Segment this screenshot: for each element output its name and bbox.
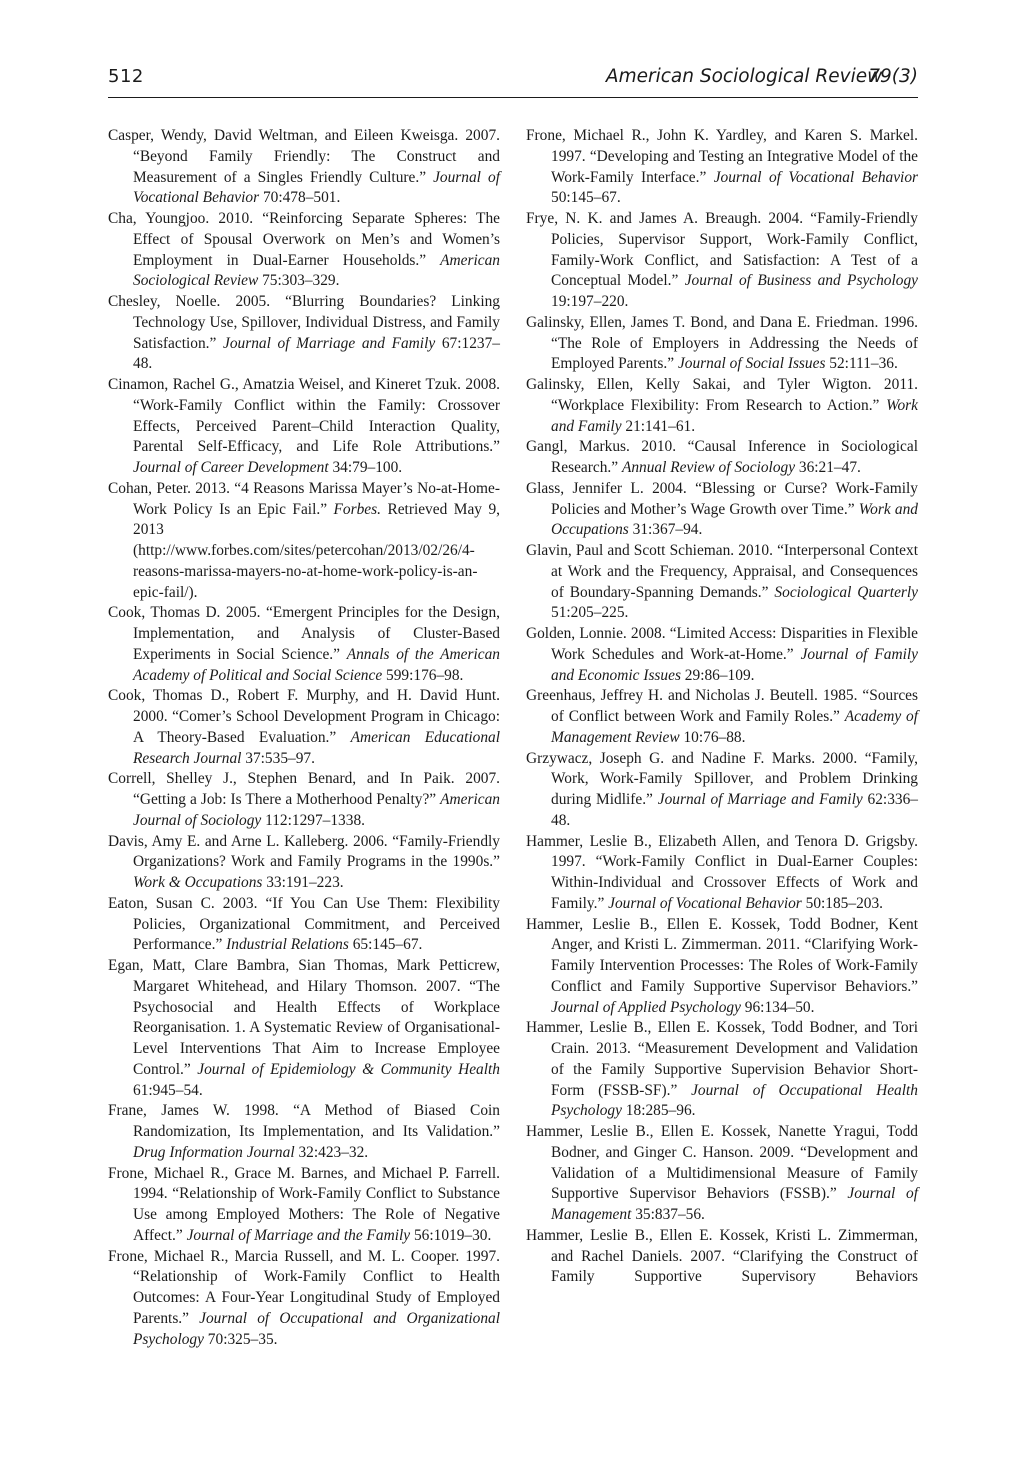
reference-entry: Hammer, Leslie B., Ellen E. Kossek, Todd… xyxy=(526,915,918,1019)
reference-text: 96:134–50. xyxy=(741,999,815,1016)
ref-column-right: Frone, Michael R., John K. Yardley, and … xyxy=(526,126,918,1350)
reference-text: Egan, Matt, Clare Bambra, Sian Thomas, M… xyxy=(108,957,500,1078)
reference-text: 61:945–54. xyxy=(133,1082,203,1099)
reference-text: 50:185–203. xyxy=(802,895,883,912)
reference-entry: Gangl, Markus. 2010. “Causal Inference i… xyxy=(526,437,918,479)
journal-title-italic: Industrial Relations xyxy=(226,936,349,953)
issue-number: 79(3) xyxy=(868,66,918,87)
reference-entry: Egan, Matt, Clare Bambra, Sian Thomas, M… xyxy=(108,956,500,1101)
header-rule xyxy=(108,97,918,98)
journal-title-italic: Annual Review of Sociology xyxy=(622,459,795,476)
reference-text: 21:141–61. xyxy=(622,418,696,435)
reference-text: 51:205–225. xyxy=(551,604,628,621)
reference-entry: Frone, Michael R., John K. Yardley, and … xyxy=(526,126,918,209)
reference-text: Davis, Amy E. and Arne L. Kalleberg. 200… xyxy=(108,833,500,871)
reference-text: 31:367–94. xyxy=(629,521,703,538)
reference-text: 10:76–88. xyxy=(680,729,746,746)
reference-text: 599:176–98. xyxy=(382,667,463,684)
reference-text: 75:303–329. xyxy=(258,272,339,289)
reference-entry: Glass, Jennifer L. 2004. “Blessing or Cu… xyxy=(526,479,918,541)
page-header: 512 American Sociological Review79(3) xyxy=(108,66,918,87)
reference-entry: Galinsky, Ellen, Kelly Sakai, and Tyler … xyxy=(526,375,918,437)
journal-title-italic: Journal of Marriage and Family xyxy=(223,335,435,352)
journal-title-italic: Journal of Vocational Behavior xyxy=(714,169,918,186)
reference-text: Frane, James W. 1998. “A Method of Biase… xyxy=(108,1102,500,1140)
reference-entry: Frone, Michael R., Grace M. Barnes, and … xyxy=(108,1164,500,1247)
journal-title-italic: Journal of Career Development xyxy=(133,459,329,476)
reference-entry: Hammer, Leslie B., Elizabeth Allen, and … xyxy=(526,832,918,915)
references-section: Casper, Wendy, David Weltman, and Eileen… xyxy=(108,126,918,1350)
reference-text: Cinamon, Rachel G., Amatzia Weisel, and … xyxy=(108,376,500,455)
reference-entry: Cook, Thomas D., Robert F. Murphy, and H… xyxy=(108,686,500,769)
reference-entry: Cinamon, Rachel G., Amatzia Weisel, and … xyxy=(108,375,500,479)
reference-text: 32:423–32. xyxy=(295,1144,369,1161)
reference-text: 56:1019–30. xyxy=(410,1227,491,1244)
reference-text: 33:191–223. xyxy=(262,874,343,891)
reference-entry: Cha, Youngjoo. 2010. “Reinforcing Separa… xyxy=(108,209,500,292)
reference-entry: Hammer, Leslie B., Ellen E. Kossek, Kris… xyxy=(526,1226,918,1288)
reference-text: 19:197–220. xyxy=(551,293,628,310)
journal-title-italic: Sociological Quarterly xyxy=(774,584,918,601)
reference-entry: Cook, Thomas D. 2005. “Emergent Principl… xyxy=(108,603,500,686)
reference-entry: Davis, Amy E. and Arne L. Kalleberg. 200… xyxy=(108,832,500,894)
journal-title-italic: Journal of Applied Psychology xyxy=(551,999,741,1016)
reference-text: 70:478–501. xyxy=(259,189,340,206)
journal-title-italic: Forbes. xyxy=(334,501,381,518)
reference-text: 18:285–96. xyxy=(622,1102,696,1119)
reference-entry: Golden, Lonnie. 2008. “Limited Access: D… xyxy=(526,624,918,686)
reference-entry: Grzywacz, Joseph G. and Nadine F. Marks.… xyxy=(526,749,918,832)
journal-title-italic: Journal of Vocational Behavior xyxy=(608,895,802,912)
journal-page: 512 American Sociological Review79(3) Ca… xyxy=(0,0,1013,1482)
journal-title-italic: Drug Information Journal xyxy=(133,1144,295,1161)
ref-column-left: Casper, Wendy, David Weltman, and Eileen… xyxy=(108,126,500,1350)
reference-text: Galinsky, Ellen, Kelly Sakai, and Tyler … xyxy=(526,376,918,414)
reference-entry: Frone, Michael R., Marcia Russell, and M… xyxy=(108,1247,500,1351)
page-number: 512 xyxy=(108,66,144,87)
journal-title-italic: Work & Occupations xyxy=(133,874,262,891)
journal-title-italic: Journal of Marriage and Family xyxy=(658,791,863,808)
reference-entry: Casper, Wendy, David Weltman, and Eileen… xyxy=(108,126,500,209)
reference-text: 112:1297–1338. xyxy=(261,812,365,829)
reference-text: Hammer, Leslie B., Ellen E. Kossek, Todd… xyxy=(526,916,918,995)
reference-text: 29:86–109. xyxy=(681,667,755,684)
reference-entry: Hammer, Leslie B., Ellen E. Kossek, Todd… xyxy=(526,1018,918,1122)
reference-text: 65:145–67. xyxy=(349,936,423,953)
reference-entry: Frye, N. K. and James A. Breaugh. 2004. … xyxy=(526,209,918,313)
reference-text: 52:111–36. xyxy=(825,355,897,372)
reference-text: Hammer, Leslie B., Ellen E. Kossek, Kris… xyxy=(526,1227,918,1286)
reference-text: 34:79–100. xyxy=(329,459,403,476)
reference-text: 70:325–35. xyxy=(204,1331,278,1348)
reference-entry: Hammer, Leslie B., Ellen E. Kossek, Nane… xyxy=(526,1122,918,1226)
reference-text: 37:535–97. xyxy=(241,750,315,767)
reference-entry: Correll, Shelley J., Stephen Benard, and… xyxy=(108,769,500,831)
reference-entry: Frane, James W. 1998. “A Method of Biase… xyxy=(108,1101,500,1163)
reference-entry: Galinsky, Ellen, James T. Bond, and Dana… xyxy=(526,313,918,375)
journal-title-italic: Journal of Business and Psychology xyxy=(685,272,918,289)
journal-title-italic: Journal of Social Issues xyxy=(678,355,825,372)
reference-entry: Eaton, Susan C. 2003. “If You Can Use Th… xyxy=(108,894,500,956)
reference-text: 36:21–47. xyxy=(795,459,861,476)
reference-entry: Cohan, Peter. 2013. “4 Reasons Marissa M… xyxy=(108,479,500,604)
journal-title-italic: Journal of Marriage and the Family xyxy=(187,1227,411,1244)
reference-entry: Glavin, Paul and Scott Schieman. 2010. “… xyxy=(526,541,918,624)
reference-entry: Chesley, Noelle. 2005. “Blurring Boundar… xyxy=(108,292,500,375)
journal-title: American Sociological Review xyxy=(606,66,882,87)
journal-title-italic: Journal of Epidemiology & Community Heal… xyxy=(197,1061,500,1078)
reference-text: 35:837–56. xyxy=(631,1206,705,1223)
reference-text: 50:145–67. xyxy=(551,189,621,206)
reference-entry: Greenhaus, Jeffrey H. and Nicholas J. Be… xyxy=(526,686,918,748)
running-head: American Sociological Review79(3) xyxy=(606,66,918,87)
